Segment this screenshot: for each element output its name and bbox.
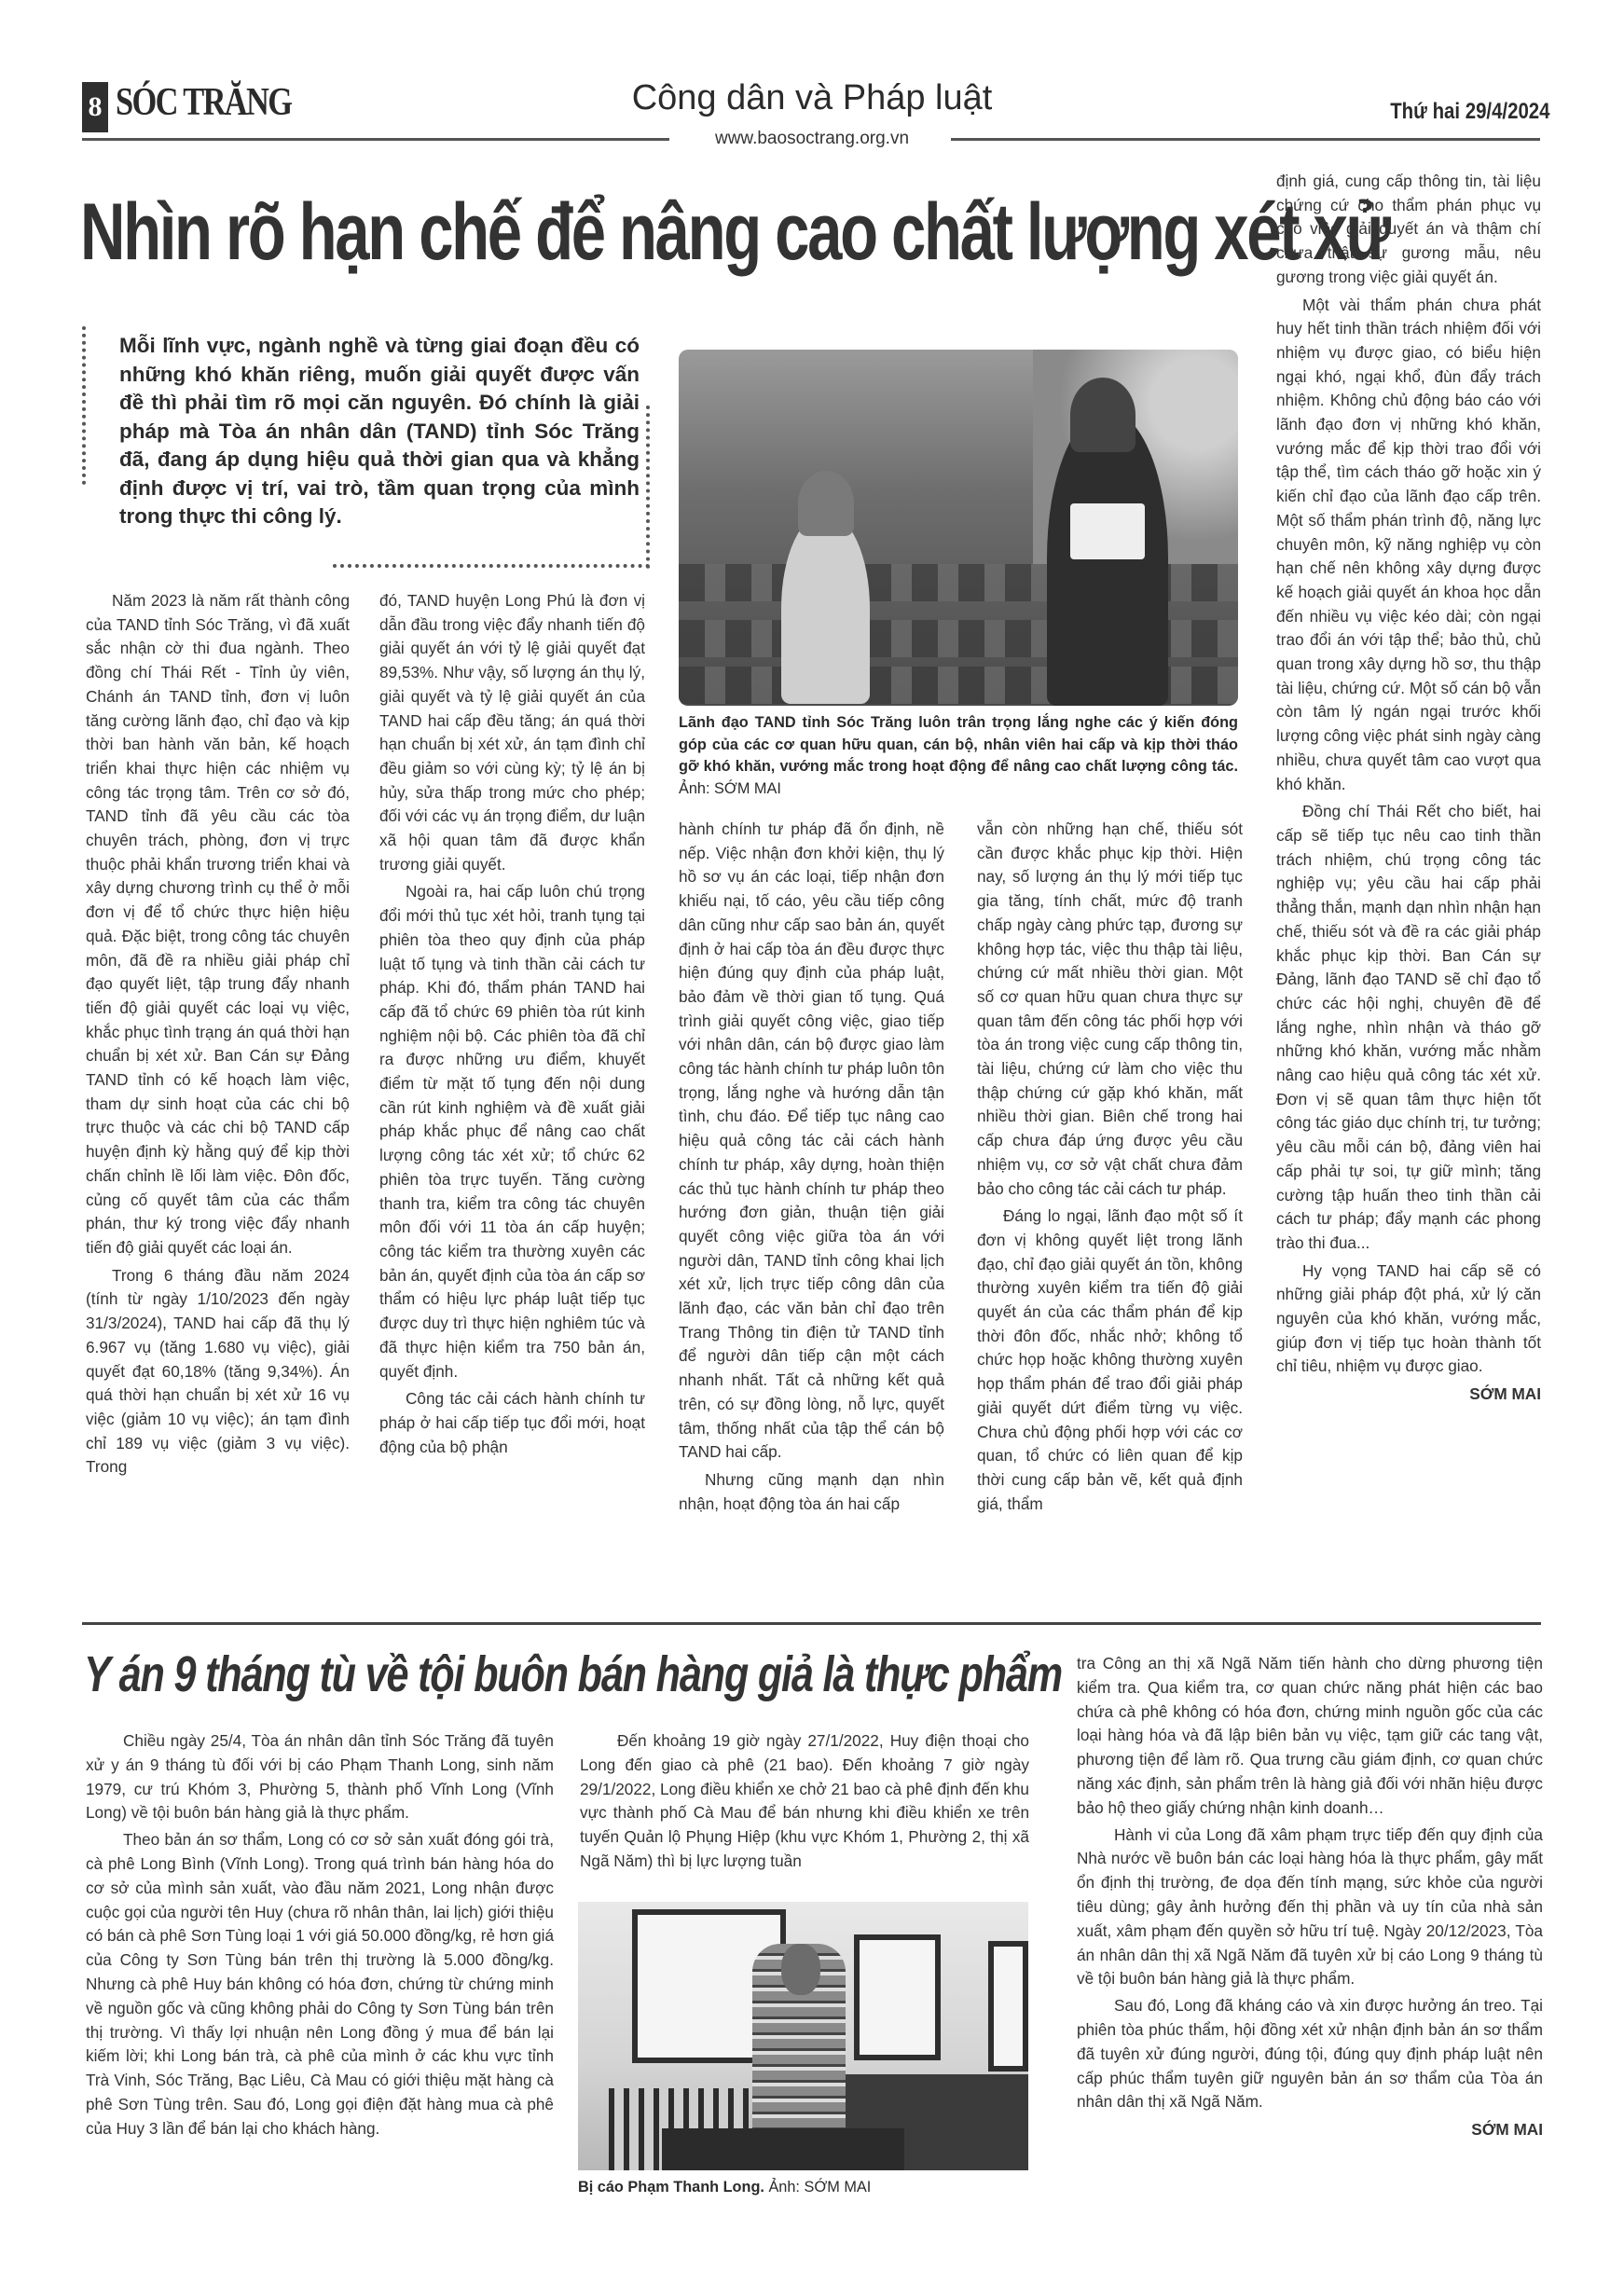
issue-date: Thứ hai 29/4/2024 <box>1390 99 1549 125</box>
article2-column-1: Chiều ngày 25/4, Tòa án nhân dân tỉnh Só… <box>86 1729 554 2144</box>
photo-papers <box>1070 503 1145 559</box>
article1-photo-caption: Lãnh đạo TAND tỉnh Sóc Trăng luôn trân t… <box>679 712 1238 800</box>
paragraph: Đáng lo ngại, lãnh đạo một số ít đơn vị … <box>977 1204 1243 1516</box>
photo-woman-head <box>1070 378 1135 452</box>
paragraph: tra Công an thị xã Ngã Năm tiến hành cho… <box>1077 1652 1543 1821</box>
photo-seated-man <box>781 513 870 704</box>
section-title: Công dân và Pháp luật <box>0 78 1624 118</box>
article2-column-3: tra Công an thị xã Ngã Năm tiến hành cho… <box>1077 1652 1543 2145</box>
paragraph: định giá, cung cấp thông tin, tài liệu c… <box>1276 170 1541 290</box>
article2-photo-caption: Bị cáo Phạm Thanh Long. Ảnh: SỚM MAI <box>578 2179 871 2196</box>
caption-text: Bị cáo Phạm Thanh Long. <box>578 2179 764 2196</box>
paragraph: Theo bản án sơ thẩm, Long có cơ sở sản x… <box>86 1828 554 2140</box>
paragraph: đó, TAND huyện Long Phú là đơn vị dẫn đầ… <box>379 589 645 876</box>
article1-column-5: định giá, cung cấp thông tin, tài liệu c… <box>1276 170 1541 1411</box>
article1-column-1: Năm 2023 là năm rất thành công của TAND … <box>86 589 350 1483</box>
paragraph: Hành vi của Long đã xâm phạm trực tiếp đ… <box>1077 1824 1543 1992</box>
photo-credit: Ảnh: SỚM MAI <box>679 780 781 797</box>
paragraph: Một vài thẩm phán chưa phát huy hết tinh… <box>1276 294 1541 797</box>
paragraph: Chiều ngày 25/4, Tòa án nhân dân tỉnh Só… <box>86 1729 554 1825</box>
article1-column-4: vẫn còn những hạn chế, thiếu sót cần đượ… <box>977 818 1243 1520</box>
article1-sapo: Mỗi lĩnh vực, ngành nghề và từng giai đo… <box>119 332 640 531</box>
paragraph: Sau đó, Long đã kháng cáo và xin được hư… <box>1077 1994 1543 2114</box>
article2-headline: Y án 9 tháng tù về tội buôn bán hàng giả… <box>84 1645 1062 1703</box>
article1-column-2: đó, TAND huyện Long Phú là đơn vị dẫn đầ… <box>379 589 645 1463</box>
article1-column-3: hành chính tư pháp đã ổn định, nề nếp. V… <box>679 818 944 1520</box>
paragraph: Ngoài ra, hai cấp luôn chú trọng đổi mới… <box>379 880 645 1383</box>
website-link[interactable]: www.baosoctrang.org.vn <box>0 129 1624 149</box>
photo-defendant-head <box>781 1944 820 1995</box>
paragraph: Năm 2023 là năm rất thành công của TAND … <box>86 589 350 1260</box>
photo-man-head <box>798 471 854 536</box>
article1-photo-meeting <box>679 350 1238 706</box>
sapo-border-left <box>82 326 86 485</box>
sapo-border-right <box>646 406 650 569</box>
paragraph: Hy vọng TAND hai cấp sẽ có những giải ph… <box>1276 1260 1541 1380</box>
paragraph: Công tác cải cách hành chính tư pháp ở h… <box>379 1387 645 1459</box>
photo-courtroom-window <box>854 1934 941 2060</box>
paragraph: Nhưng cũng mạnh dạn nhìn nhận, hoạt động… <box>679 1468 944 1516</box>
photo-courtroom-window <box>988 1941 1028 2072</box>
article2-column-2: Đến khoảng 19 giờ ngày 27/1/2022, Huy đi… <box>580 1729 1029 1877</box>
article2-byline: SỚM MAI <box>1077 2118 1543 2142</box>
article-divider <box>82 1622 1541 1625</box>
paragraph: hành chính tư pháp đã ổn định, nề nếp. V… <box>679 818 944 1465</box>
caption-text: Lãnh đạo TAND tỉnh Sóc Trăng luôn trân t… <box>679 714 1238 775</box>
sapo-border-bottom <box>333 564 650 568</box>
paragraph: Trong 6 tháng đầu năm 2024 (tính từ ngày… <box>86 1264 350 1480</box>
paragraph: Đồng chí Thái Rết cho biết, hai cấp sẽ t… <box>1276 800 1541 1255</box>
paragraph: Đến khoảng 19 giờ ngày 27/1/2022, Huy đi… <box>580 1729 1029 1874</box>
photo-dock <box>662 2128 904 2170</box>
article1-byline: SỚM MAI <box>1276 1383 1541 1407</box>
paragraph: vẫn còn những hạn chế, thiếu sót cần đượ… <box>977 818 1243 1201</box>
photo-credit: Ảnh: SỚM MAI <box>764 2179 871 2196</box>
article2-photo-defendant <box>578 1902 1028 2170</box>
article1-headline: Nhìn rõ hạn chế để nâng cao chất lượng x… <box>80 186 1389 279</box>
